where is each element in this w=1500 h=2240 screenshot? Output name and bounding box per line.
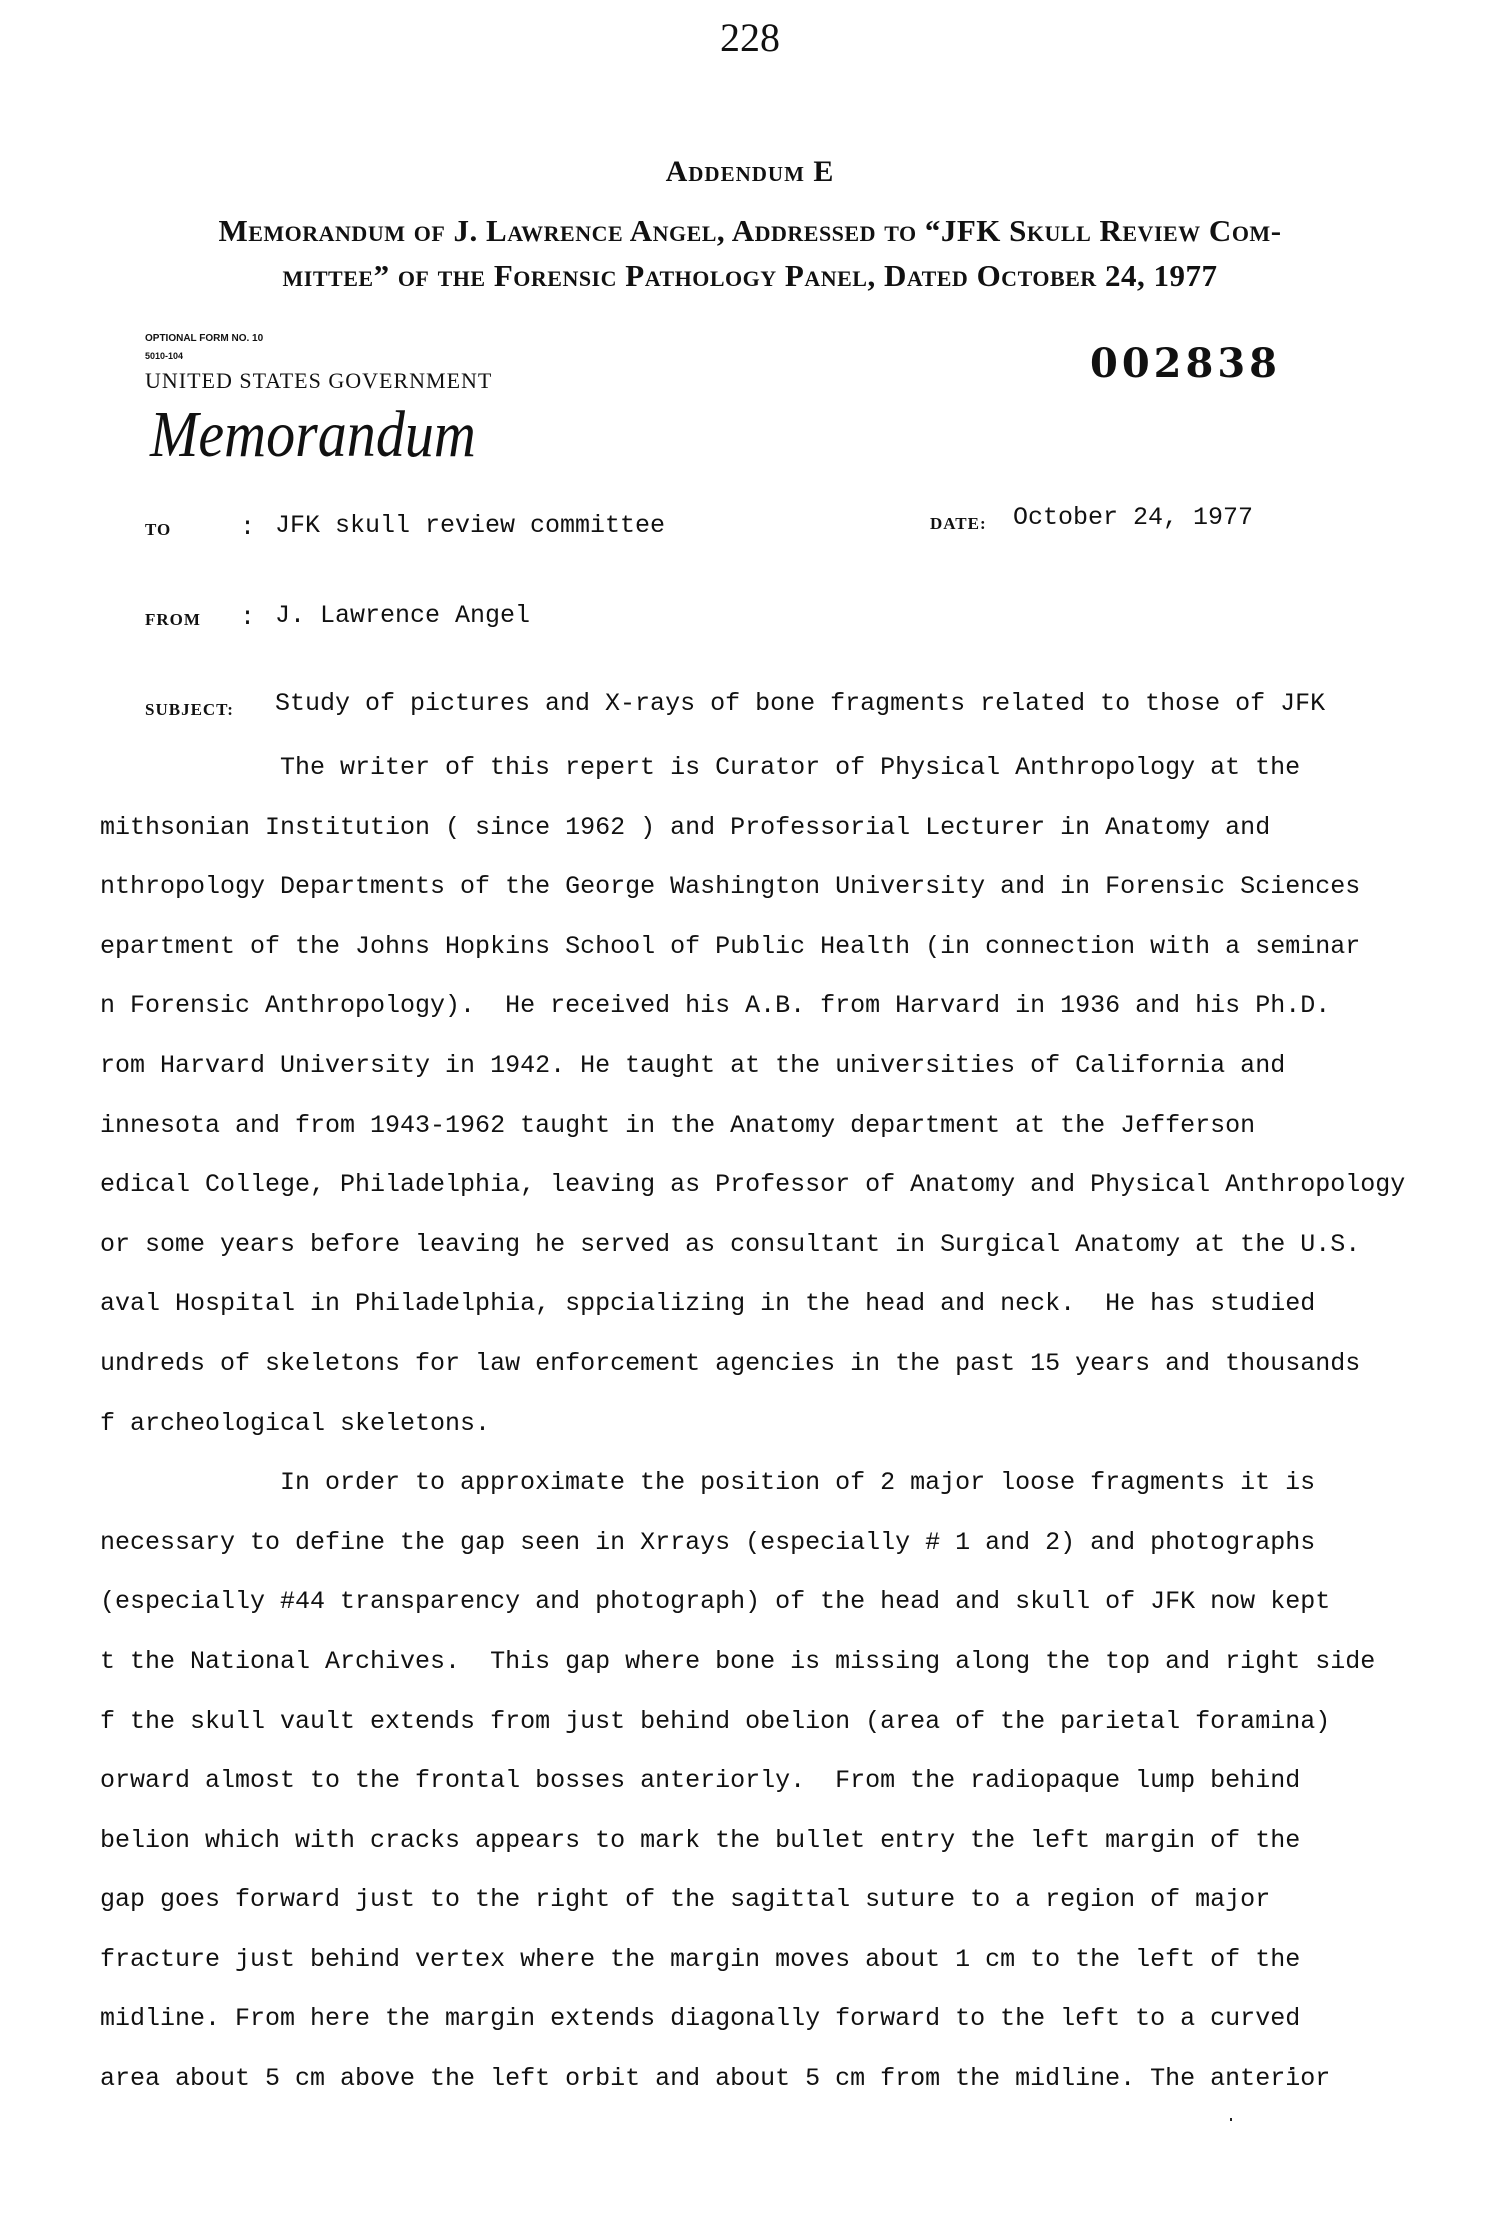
body-line: t the National Archives. This gap where … xyxy=(100,1642,1420,1702)
document-title-line-2: mittee” of the Forensic Pathology Panel,… xyxy=(0,258,1500,294)
to-value: JFK skull review committee xyxy=(275,511,665,540)
body-line: n Forensic Anthropology). He received hi… xyxy=(100,986,1420,1046)
to-label: TO xyxy=(145,520,171,540)
body-line: gap goes forward just to the right of th… xyxy=(100,1880,1420,1940)
body-line: or some years before leaving he served a… xyxy=(100,1225,1420,1285)
body-line: belion which with cracks appears to mark… xyxy=(100,1821,1420,1881)
paragraph: In order to approximate the position of … xyxy=(100,1463,1420,2119)
body-line: mithsonian Institution ( since 1962 ) an… xyxy=(100,808,1420,868)
page-number: 228 xyxy=(0,14,1500,61)
body-line: In order to approximate the position of … xyxy=(100,1463,1420,1523)
form-number: OPTIONAL FORM NO. 10 xyxy=(145,333,263,344)
addendum-heading: Addendum E xyxy=(0,155,1500,189)
from-colon: : xyxy=(240,603,255,632)
body-line: epartment of the Johns Hopkins School of… xyxy=(100,927,1420,987)
subject-label: SUBJECT: xyxy=(145,700,234,720)
document-stamp-number: 002838 xyxy=(1090,340,1281,387)
from-label: FROM xyxy=(145,610,201,630)
memo-body: The writer of this repert is Curator of … xyxy=(100,748,1420,2119)
memorandum-heading: Memorandum xyxy=(150,397,476,473)
agency-name: UNITED STATES GOVERNMENT xyxy=(145,368,492,394)
body-line: necessary to define the gap seen in Xrra… xyxy=(100,1523,1420,1583)
body-line: undreds of skeletons for law enforcement… xyxy=(100,1344,1420,1404)
body-line: rom Harvard University in 1942. He taugh… xyxy=(100,1046,1420,1106)
body-line: midline. From here the margin extends di… xyxy=(100,1999,1420,2059)
subject-value: Study of pictures and X-rays of bone fra… xyxy=(275,689,1325,718)
to-colon: : xyxy=(240,513,255,542)
body-line: orward almost to the frontal bosses ante… xyxy=(100,1761,1420,1821)
date-label: DATE: xyxy=(930,514,987,534)
body-line: fracture just behind vertex where the ma… xyxy=(100,1940,1420,2000)
body-line: f the skull vault extends from just behi… xyxy=(100,1702,1420,1762)
scan-speck xyxy=(1230,2118,1232,2121)
body-line: area about 5 cm above the left orbit and… xyxy=(100,2059,1420,2119)
body-line: edical College, Philadelphia, leaving as… xyxy=(100,1165,1420,1225)
date-value: October 24, 1977 xyxy=(1013,503,1253,532)
form-code: 5010-104 xyxy=(145,351,183,361)
from-value: J. Lawrence Angel xyxy=(275,601,530,630)
body-line: (especially #44 transparency and photogr… xyxy=(100,1582,1420,1642)
document-title-line-1: Memorandum of J. Lawrence Angel, Address… xyxy=(0,213,1500,249)
body-line: The writer of this repert is Curator of … xyxy=(100,748,1420,808)
body-line: innesota and from 1943-1962 taught in th… xyxy=(100,1106,1420,1166)
body-line: f archeological skeletons. xyxy=(100,1404,1420,1464)
paragraph: The writer of this repert is Curator of … xyxy=(100,748,1420,1463)
scan-speck xyxy=(1290,2067,1292,2070)
body-line: aval Hospital in Philadelphia, sppcializ… xyxy=(100,1284,1420,1344)
body-line: nthropology Departments of the George Wa… xyxy=(100,867,1420,927)
